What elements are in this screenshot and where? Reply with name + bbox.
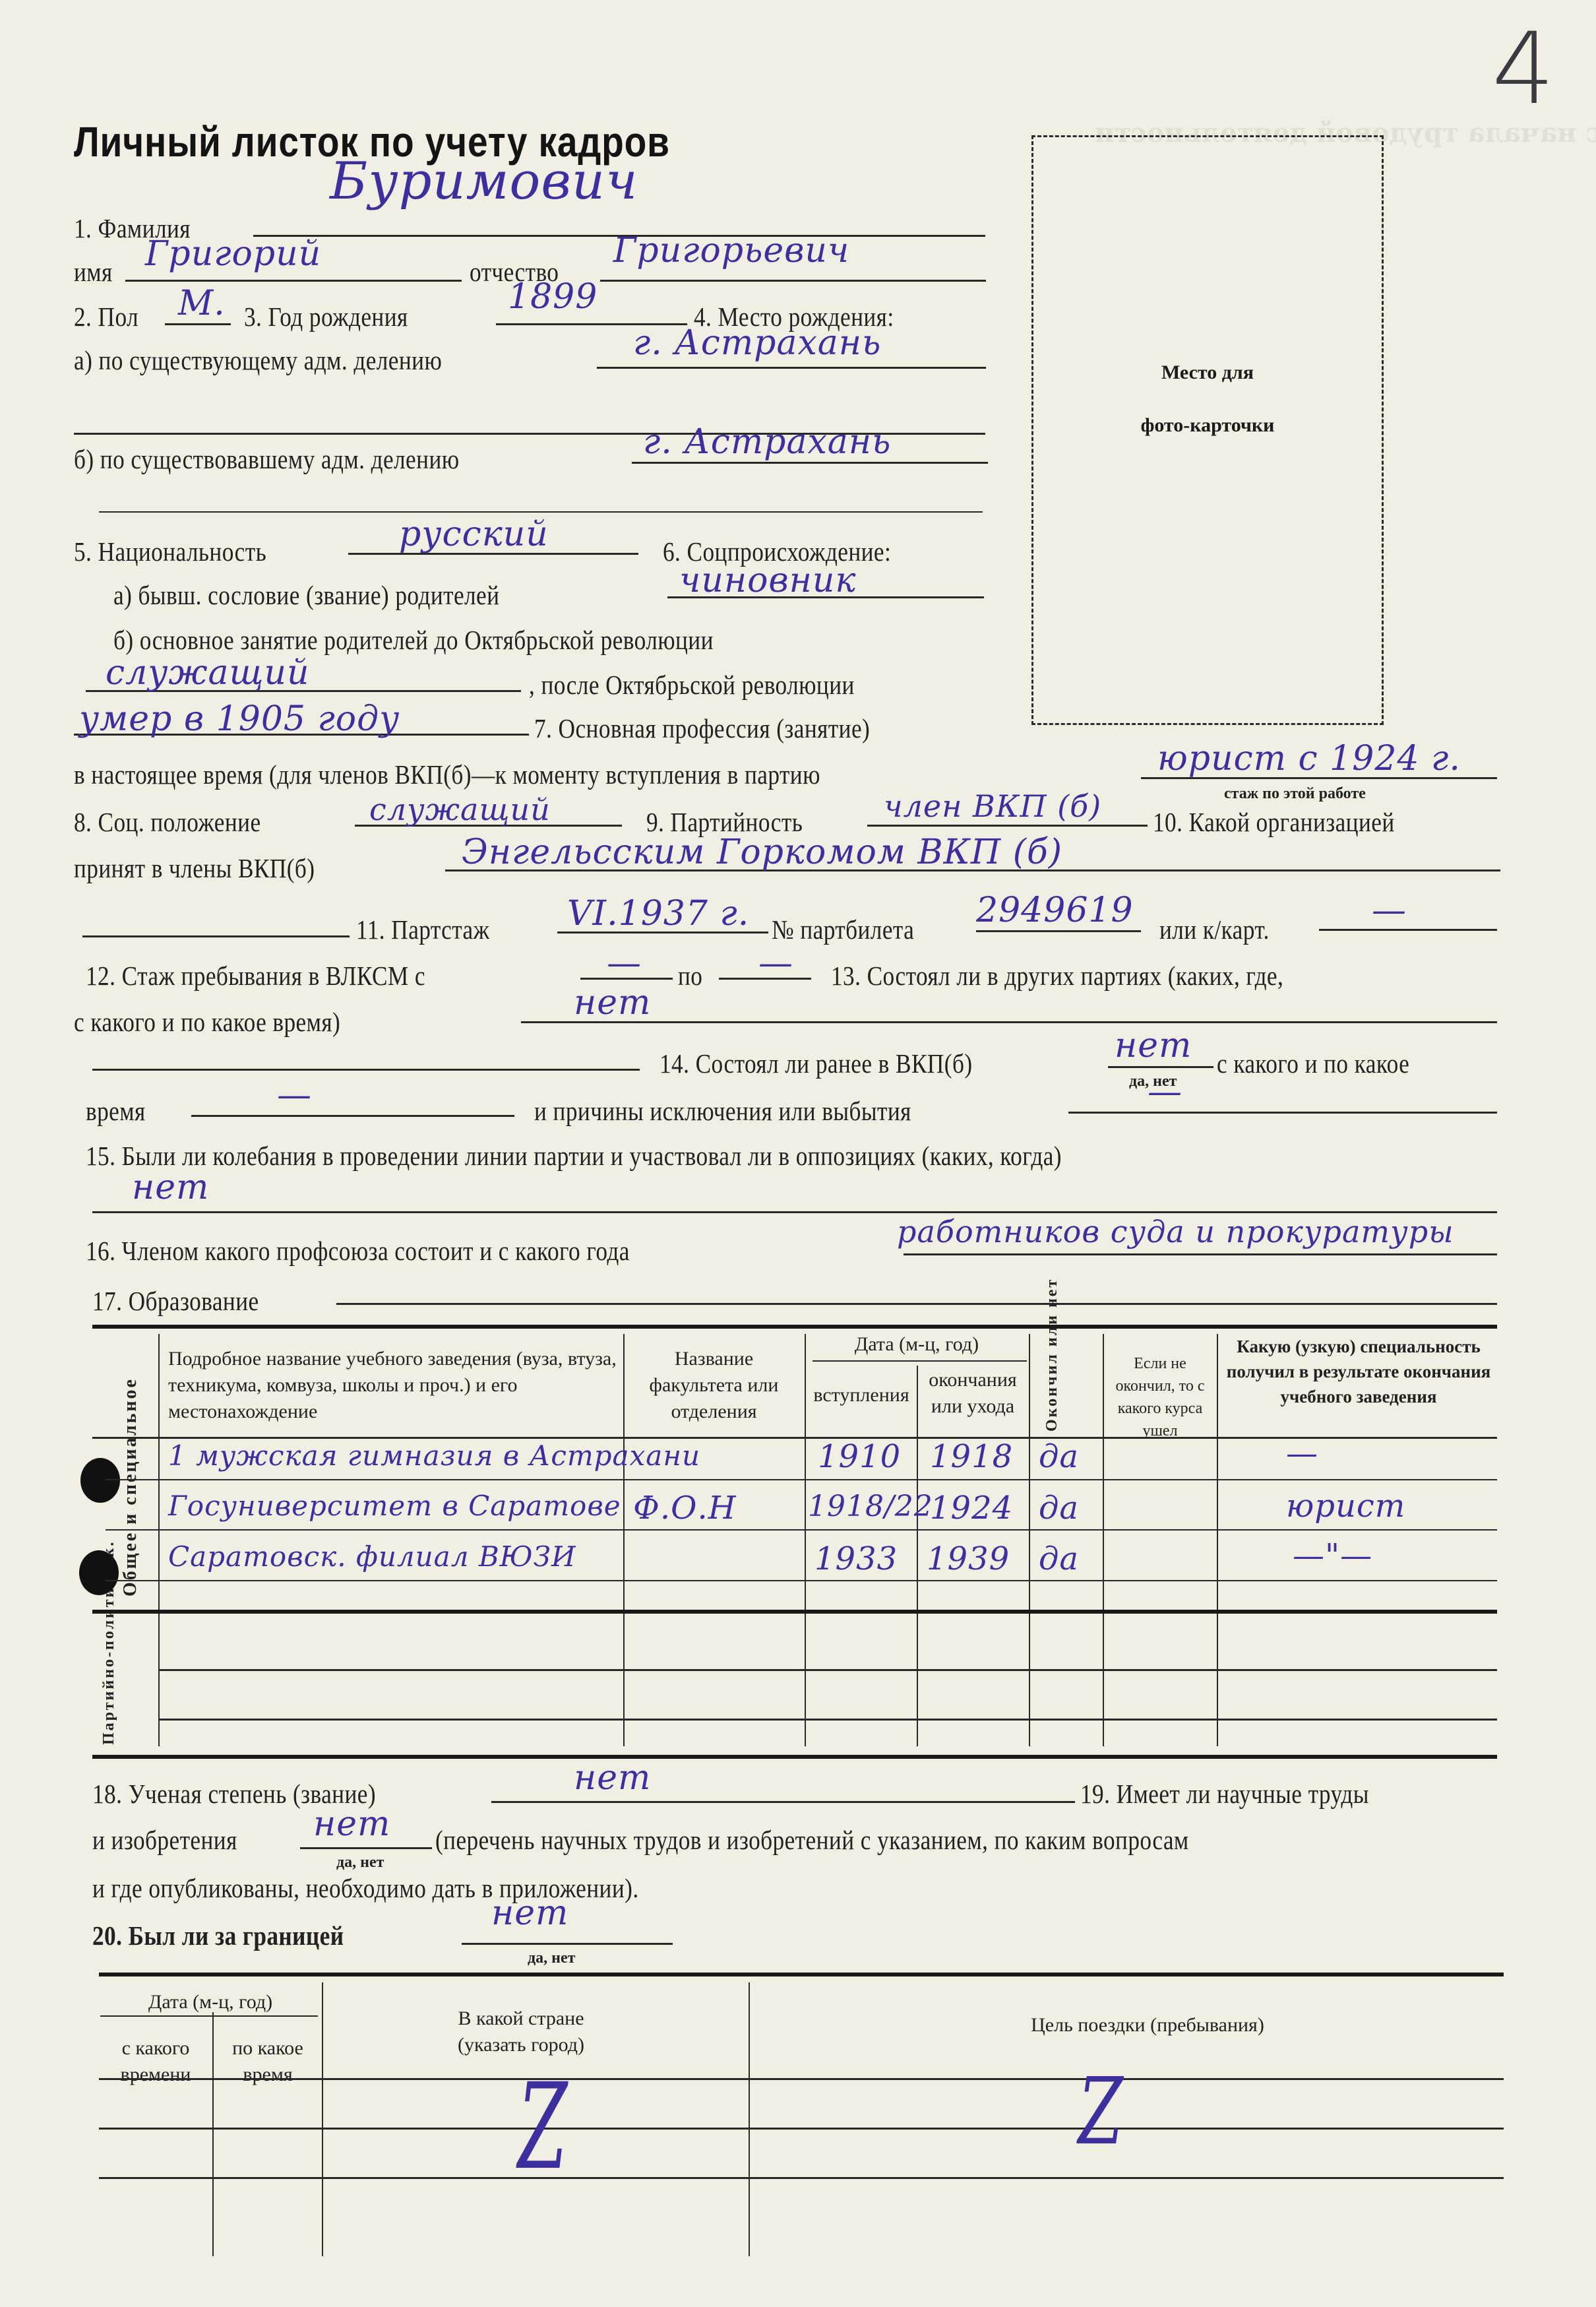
party-membership-underline xyxy=(867,825,1148,827)
party-membership-value[interactable]: член ВКП (б) xyxy=(884,788,1101,824)
edu-row2-finished[interactable]: да xyxy=(1039,1490,1079,1527)
party-card-underline xyxy=(976,930,1141,932)
edu-col-divider xyxy=(623,1334,625,1746)
former-member-after-label: с какого и по какое xyxy=(1217,1048,1409,1079)
page-number: 4 xyxy=(1492,12,1554,127)
abroad-row-divider xyxy=(99,2177,1504,2179)
education-underline xyxy=(336,1303,1497,1305)
komsomol-to-value[interactable]: — xyxy=(758,943,793,983)
edu-section-divider xyxy=(92,1610,1497,1614)
edu-header-institution: Подробное название учебного заведения (в… xyxy=(168,1346,617,1425)
profession-label-cont: в настоящее время (для членов ВКП(б)—к м… xyxy=(74,759,820,790)
edu-row-divider xyxy=(106,1580,1497,1581)
former-member-time-label: время xyxy=(86,1095,146,1127)
birthplace-current-label: а) по существующему адм. делению xyxy=(74,344,442,376)
abroad-header-bottom-border xyxy=(99,2078,1504,2080)
parents-estate-value[interactable]: чиновник xyxy=(679,561,856,600)
edu-col-divider xyxy=(1029,1334,1030,1746)
edu-col-divider xyxy=(158,1334,160,1746)
edu-row1-specialty[interactable]: — xyxy=(1286,1435,1318,1472)
edu-col-divider xyxy=(1103,1334,1104,1746)
edu-header-specialty: Какую (узкую) специальность получил в ре… xyxy=(1220,1334,1497,1409)
abroad-value[interactable]: нет xyxy=(491,1893,568,1933)
edu-row-divider xyxy=(106,1479,1497,1480)
edu-date-divider xyxy=(813,1360,1027,1362)
inventions-label: и изобретения xyxy=(92,1824,237,1856)
komsomol-to-label: по xyxy=(678,960,702,992)
edu-header-course-left: Если не окончил, то с какого курса ушел xyxy=(1105,1352,1215,1442)
edu-header-faculty: Название факультета или отделения xyxy=(627,1346,801,1425)
edu-row1-institution[interactable]: 1 мужская гимназия в Астрахани xyxy=(168,1439,700,1472)
inventions-underline xyxy=(300,1847,432,1849)
parents-estate-label: а) бывш. сословие (звание) родителей xyxy=(113,579,499,611)
first-name-underline xyxy=(125,280,462,282)
former-member-value[interactable]: нет xyxy=(1115,1026,1192,1065)
inventions-value[interactable]: нет xyxy=(313,1804,390,1844)
edu-header-finished: Окончил или нет xyxy=(1043,1278,1061,1432)
exclusion-reason-label: и причины исключения или выбытия xyxy=(534,1095,911,1127)
abroad-purpose-strike[interactable]: Z xyxy=(1078,2058,1124,2166)
scientific-works-label: 19. Имеет ли научные труды xyxy=(1080,1778,1369,1810)
edu-party-row-divider xyxy=(158,1669,1497,1671)
abroad-header-to: по какое время xyxy=(214,2035,321,2088)
photo-label-line1: Место для xyxy=(1033,362,1382,384)
birth-year-value[interactable]: 1899 xyxy=(508,277,598,317)
former-member-label: 14. Состоял ли ранее в ВКП(б) xyxy=(660,1048,973,1079)
profession-value[interactable]: юрист с 1924 г. xyxy=(1157,739,1461,778)
abroad-header-purpose: Цель поездки (пребывания) xyxy=(917,2012,1378,2038)
birthplace-current-value[interactable]: г. Астрахань xyxy=(633,323,881,363)
edu-col-divider xyxy=(1217,1334,1218,1746)
edu-header-entry: вступления xyxy=(808,1382,915,1408)
edu-row3-finished[interactable]: да xyxy=(1039,1540,1079,1577)
party-tenure-label: 11. Партстаж xyxy=(356,914,489,945)
edu-row1-exit[interactable]: 1918 xyxy=(930,1438,1013,1475)
abroad-row-divider xyxy=(99,2128,1504,2130)
patronymic-value[interactable]: Григорьевич xyxy=(613,231,849,270)
edu-row1-finished[interactable]: да xyxy=(1039,1438,1079,1475)
edu-header-date: Дата (м-ц, год) xyxy=(808,1331,1026,1358)
edu-col-divider xyxy=(805,1334,806,1746)
patronymic-underline xyxy=(600,280,986,282)
first-name-label: имя xyxy=(74,256,113,288)
personnel-record-sheet: 4 21. Выполняемая работа с начала трудов… xyxy=(0,0,1596,2307)
admitting-org-label: 10. Какой организацией xyxy=(1153,806,1395,838)
birthplace-former-extra-underline xyxy=(99,511,983,513)
edu-row2-institution[interactable]: Госуниверситет в Саратове xyxy=(168,1490,621,1522)
komsomol-tenure-label: 12. Стаж пребывания в ВЛКСМ с xyxy=(86,960,425,992)
abroad-header-date: Дата (м-ц, год) xyxy=(99,1989,322,2015)
first-name-value[interactable]: Григорий xyxy=(145,234,321,274)
edu-table-bottom-border xyxy=(92,1755,1497,1759)
trade-union-label: 16. Членом какого профсоюза состоит и с … xyxy=(86,1235,630,1267)
edu-row2-entry[interactable]: 1918/22 xyxy=(808,1490,933,1523)
nationality-label: 5. Национальность xyxy=(74,536,266,567)
academic-degree-value[interactable]: нет xyxy=(574,1758,651,1798)
abroad-col-divider xyxy=(212,2012,214,2256)
other-parties-extra-underline xyxy=(92,1069,640,1071)
edu-row3-specialty[interactable]: —"— xyxy=(1293,1537,1372,1574)
sex-value[interactable]: М. xyxy=(178,284,226,323)
abroad-col-divider xyxy=(749,1982,750,2256)
birthplace-former-label: б) по существовавшему адм. делению xyxy=(74,443,460,475)
abroad-header-country: В какой стране (указать город) xyxy=(422,2006,620,2058)
edu-row3-exit[interactable]: 1939 xyxy=(927,1540,1010,1577)
edu-row2-specialty[interactable]: юрист xyxy=(1286,1488,1405,1525)
edu-col-divider xyxy=(917,1366,918,1746)
abroad-hint: да, нет xyxy=(528,1949,575,1967)
admitting-org-label-cont: принят в члены ВКП(б) xyxy=(74,852,315,884)
edu-row3-institution[interactable]: Саратовск. филиал ВЮЗИ xyxy=(168,1540,576,1573)
photo-label-line2: фото-карточки xyxy=(1033,414,1382,437)
sex-label: 2. Пол xyxy=(74,301,138,332)
punch-hole xyxy=(79,1550,119,1595)
parents-occupation-before-value[interactable]: служащий xyxy=(106,653,310,693)
komsomol-from-value[interactable]: — xyxy=(607,943,642,983)
admitting-org-value[interactable]: Энгельсским Горкомом ВКП (б) xyxy=(462,833,1062,872)
trade-union-value[interactable]: работников суда и прокуратуры xyxy=(897,1214,1454,1249)
parents-occupation-label: б) основное занятие родителей до Октябрь… xyxy=(113,624,714,656)
trade-union-underline xyxy=(904,1253,1497,1255)
parents-occupation-after-value[interactable]: умер в 1905 году xyxy=(79,699,400,739)
abroad-date-divider xyxy=(100,2015,318,2017)
profession-sublabel: стаж по этой работе xyxy=(1224,785,1366,803)
exclusion-reason-value[interactable]: — xyxy=(1148,1072,1182,1112)
edu-row1-entry[interactable]: 1910 xyxy=(818,1438,901,1475)
academic-degree-underline xyxy=(491,1801,1075,1803)
abroad-label: 20. Был ли за границей xyxy=(92,1920,344,1951)
birthplace-former-value[interactable]: г. Астрахань xyxy=(643,422,891,462)
deviations-label: 15. Были ли колебания в проведении линии… xyxy=(86,1140,1062,1172)
nationality-value[interactable]: русский xyxy=(399,515,549,554)
inventions-hint: да, нет xyxy=(336,1854,384,1872)
other-parties-value[interactable]: нет xyxy=(574,983,651,1023)
inventions-note: (перечень научных трудов и изобретений с… xyxy=(435,1824,1189,1856)
photo-placeholder-box: Место для фото-карточки xyxy=(1031,135,1384,725)
other-parties-label: 13. Состоял ли в других партиях (каких, … xyxy=(831,960,1283,992)
birth-year-label: 3. Год рождения xyxy=(244,301,408,332)
sex-underline xyxy=(165,323,231,325)
candidate-card-value[interactable]: — xyxy=(1372,891,1407,930)
org-extra-underline xyxy=(82,935,350,937)
birthplace-current-underline xyxy=(597,367,986,369)
punch-hole xyxy=(80,1458,120,1503)
edu-section-general-label: Общее и специальное xyxy=(120,1377,141,1596)
edu-party-row-divider xyxy=(158,1719,1497,1721)
edu-header-exit: окончания или ухода xyxy=(919,1367,1026,1420)
other-parties-label-cont: с какого и по какое время) xyxy=(74,1006,340,1038)
candidate-card-label: или к/карт. xyxy=(1159,914,1270,945)
social-status-label: 8. Соц. положение xyxy=(74,806,261,838)
profession-label: 7. Основная профессия (занятие) xyxy=(534,712,870,744)
edu-table-top-border xyxy=(92,1325,1497,1329)
edu-row3-entry[interactable]: 1933 xyxy=(814,1540,898,1577)
party-card-number[interactable]: 2949619 xyxy=(976,891,1134,930)
edu-row-divider xyxy=(106,1529,1497,1531)
deviations-value[interactable]: нет xyxy=(132,1168,209,1207)
candidate-card-underline xyxy=(1319,929,1497,931)
abroad-col-divider xyxy=(322,1982,323,2256)
party-card-label: № партбилета xyxy=(772,914,914,945)
deviations-underline xyxy=(92,1211,1497,1213)
former-member-time-underline xyxy=(191,1115,514,1117)
former-member-underline xyxy=(1108,1066,1213,1068)
surname-value[interactable]: Буримович xyxy=(330,152,638,211)
party-tenure-value[interactable]: VI.1937 г. xyxy=(567,894,749,933)
edu-row2-faculty[interactable]: Ф.О.Н xyxy=(633,1490,737,1527)
abroad-header-from: с какого времени xyxy=(99,2035,212,2088)
abroad-underline xyxy=(462,1943,673,1945)
former-member-time-value[interactable]: — xyxy=(277,1075,312,1115)
other-parties-underline xyxy=(521,1021,1497,1023)
abroad-table-top-border xyxy=(99,1973,1504,1976)
abroad-country-strike[interactable]: Z xyxy=(518,2058,568,2196)
birthplace-former-underline xyxy=(632,462,988,464)
edu-row2-exit[interactable]: 1924 xyxy=(930,1490,1013,1527)
education-label: 17. Образование xyxy=(92,1285,259,1317)
parents-occupation-after-label: , после Октябрьской революции xyxy=(529,669,855,701)
exclusion-reason-underline xyxy=(1068,1112,1497,1114)
social-status-value[interactable]: служащий xyxy=(369,792,551,827)
